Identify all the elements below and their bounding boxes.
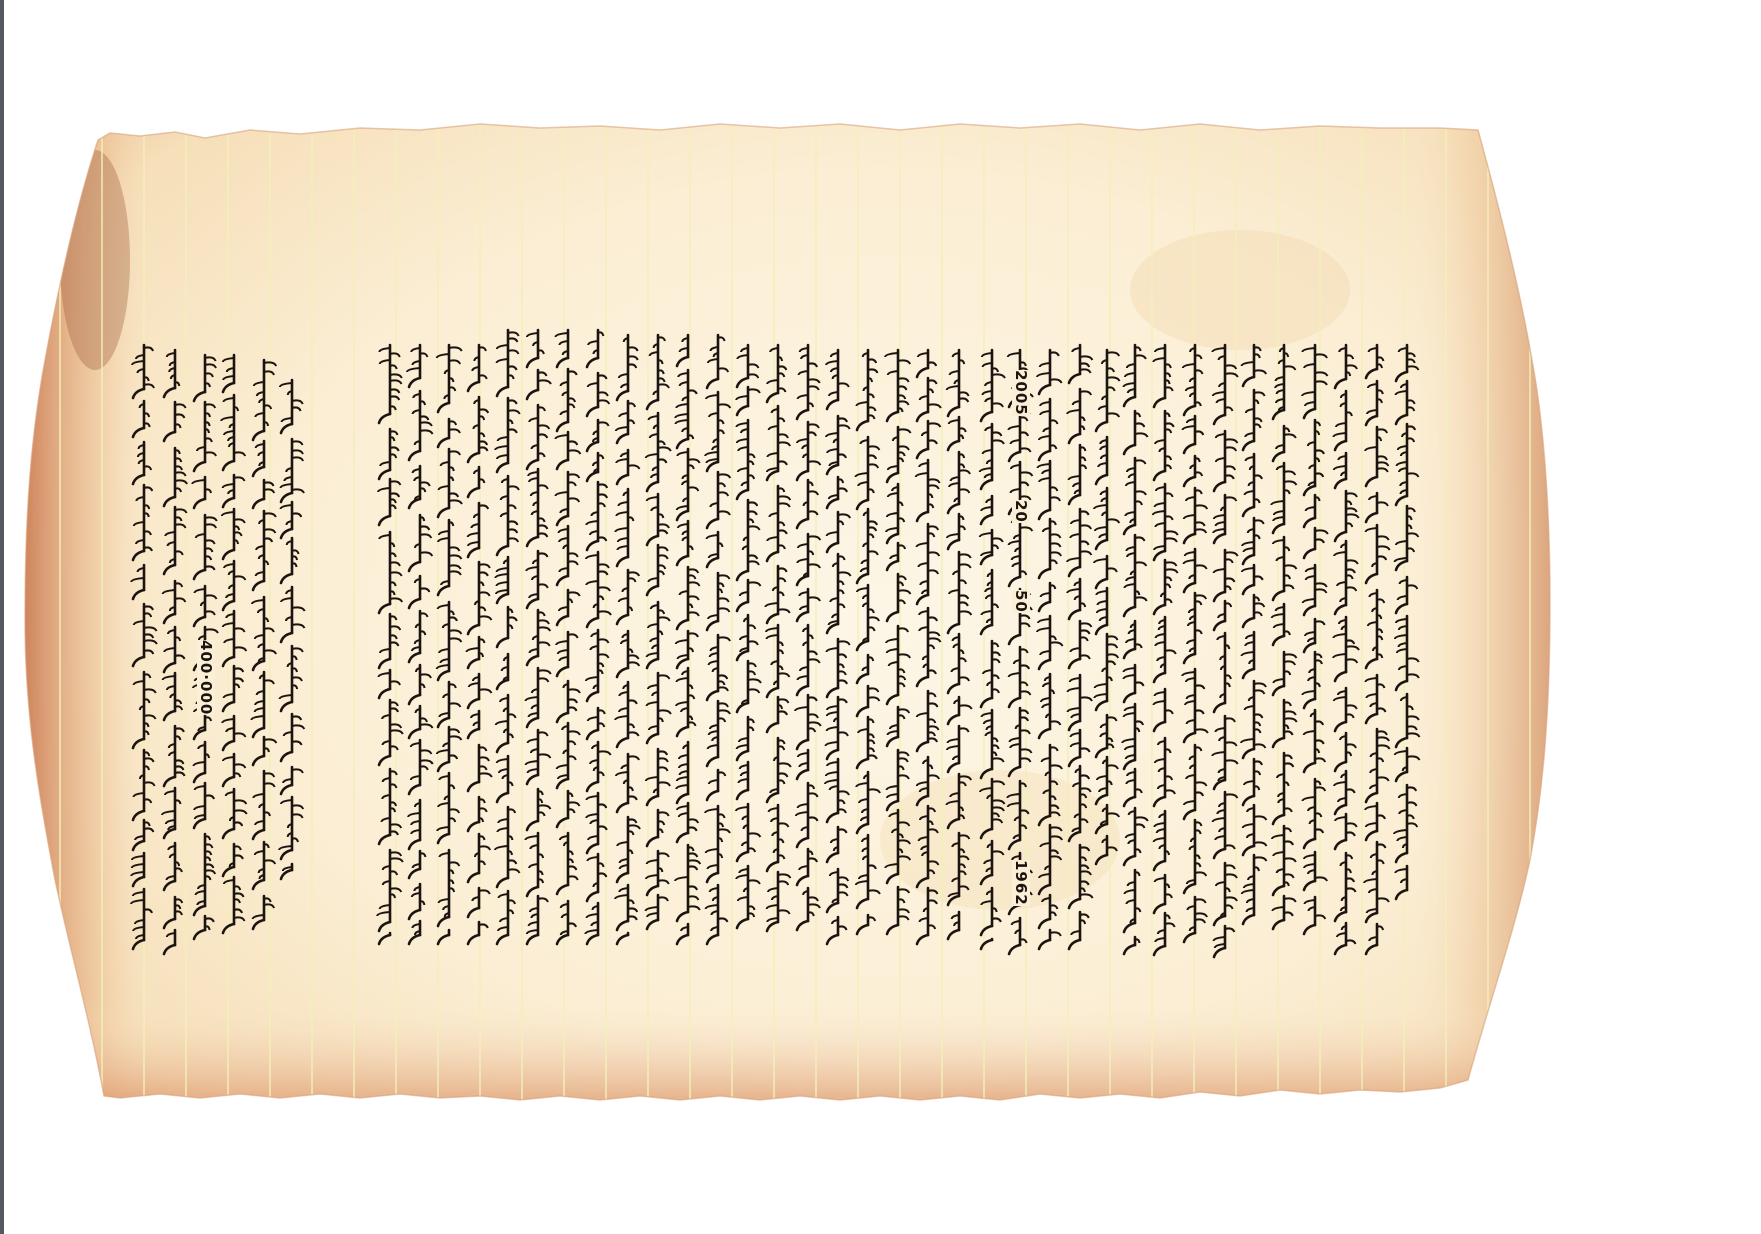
numeral-text: 50 [1012,590,1030,613]
numeral-text: 2005 [1012,370,1030,416]
parchment-graphic [0,0,1761,1234]
numeral-text: 20 [1012,500,1030,523]
numeral-text: 400·000 [197,640,215,715]
parchment-scroll [0,0,1761,1234]
numeral-text: 1962 [1012,860,1030,906]
